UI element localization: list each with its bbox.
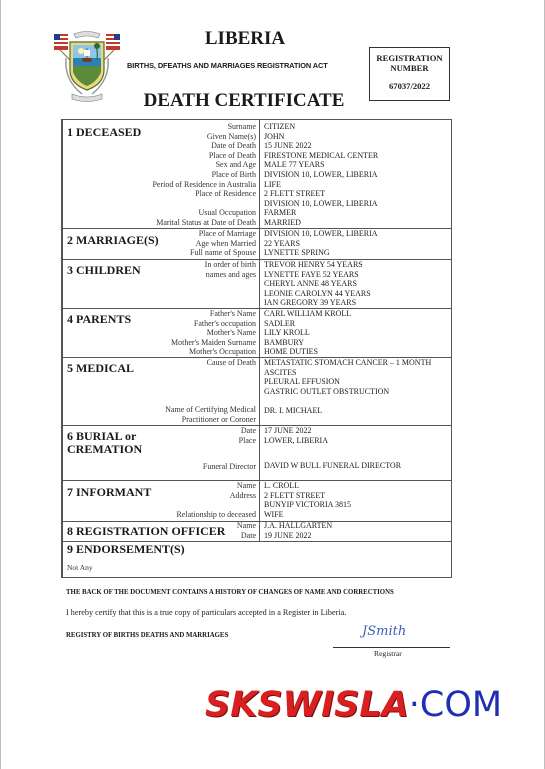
officer-name: J.A. HALLGARTEN — [264, 521, 451, 531]
child-1: TREVOR HENRY 54 YEARS — [264, 260, 451, 270]
number-label: NUMBER — [370, 63, 449, 73]
place-of-birth: DIVISION 10, LOWER, LIBERIA — [264, 170, 451, 180]
section-endorsements: 9 ENDORSEMENT(S) Not Any — [63, 541, 451, 577]
fathers-name: CARL WILLIAM KROLL — [264, 309, 451, 319]
usual-occupation: FARMER — [264, 208, 451, 218]
spouse-name: LYNETTE SPRING — [264, 248, 451, 258]
registrar-signature: JSmith — [362, 624, 406, 639]
certificate-table: 1 DECEASED Surname Given Name(s) Date of… — [61, 119, 452, 578]
certifying-practitioner: DR. I. MICHAEL — [264, 406, 451, 416]
section-title: 7 INFORMANT — [67, 486, 151, 499]
date-of-death: 15 JUNE 2022 — [264, 141, 451, 151]
place-of-residence-2: DIVISION 10, LOWER, LIBERIA — [264, 199, 451, 209]
funeral-director: DAVID W BULL FUNERAL DIRECTOR — [264, 461, 451, 471]
deceased-labels: Surname Given Name(s) Date of Death Plac… — [152, 122, 256, 228]
section-registration-officer: 8 REGISTRATION OFFICER Name Date J.A. HA… — [63, 521, 451, 542]
surname: CITIZEN — [264, 122, 451, 132]
certification-statement: I hereby certify that this is a true cop… — [66, 608, 346, 617]
mothers-name: LILY KROLL — [264, 328, 451, 338]
child-3: CHERYL ANNE 48 YEARS — [264, 279, 451, 289]
section-title: 3 CHILDREN — [67, 264, 141, 277]
back-of-document-notice: THE BACK OF THE DOCUMENT CONTAINS A HIST… — [66, 589, 394, 596]
section-medical: 5 MEDICAL Cause of Death Name of Certify… — [63, 357, 451, 426]
place-of-death: FIRESTONE MEDICAL CENTER — [264, 151, 451, 161]
section-children: 3 CHILDREN In order of birth names and a… — [63, 259, 451, 309]
child-2: LYNETTE FAYE 52 YEARS — [264, 270, 451, 280]
marital-status: MARRIED — [264, 218, 451, 228]
section-title: 9 ENDORSEMENT(S) — [67, 543, 185, 556]
cause-of-death-3: PLEURAL EFFUSION — [264, 377, 451, 387]
section-marriage: 2 MARRIAGE(S) Place of Marriage Age when… — [63, 228, 451, 260]
act-subtitle: BIRTHS, DFEATHS AND MARRIAGES REGISTRATI… — [127, 61, 328, 70]
section-title: 1 DECEASED — [67, 126, 141, 139]
endorsement-text: Not Any — [67, 563, 93, 572]
registration-number-box: REGISTRATION NUMBER 67037/2022 — [369, 47, 450, 101]
section-deceased: 1 DECEASED Surname Given Name(s) Date of… — [63, 120, 451, 229]
child-5: IAN GREGORY 39 YEARS — [264, 298, 451, 308]
cause-of-death-2: ASCITES — [264, 368, 451, 378]
section-parents: 4 PARENTS Father's Name Father's occupat… — [63, 308, 451, 358]
period-of-residence: LIFE — [264, 180, 451, 190]
child-4: LEONIE CAROLYN 44 YEARS — [264, 289, 451, 299]
informant-address-1: 2 FLETT STREET — [264, 491, 451, 501]
section-title: 6 BURIAL or CREMATION — [67, 430, 142, 456]
section-title: 4 PARENTS — [67, 313, 131, 326]
registration-date: 19 JUNE 2022 — [264, 531, 451, 541]
age-when-married: 22 YEARS — [264, 239, 451, 249]
burial-place: LOWER, LIBERIA — [264, 436, 451, 446]
mothers-maiden-surname: BAMBURY — [264, 338, 451, 348]
watermark-brand: SKSWISLA — [205, 685, 409, 725]
registration-number: 67037/2022 — [370, 81, 449, 91]
cause-of-death-1: METASTATIC STOMACH CANCER – 1 MONTH — [264, 358, 451, 368]
burial-date: 17 JUNE 2022 — [264, 426, 451, 436]
informant-name: L. CROLL — [264, 481, 451, 491]
registrar-title: Registrar — [374, 649, 402, 658]
cause-of-death-4: GASTRIC OUTLET OBSTRUCTION — [264, 387, 451, 397]
signature-line — [333, 647, 450, 648]
sex-and-age: MALE 77 YEARS — [264, 160, 451, 170]
section-burial: 6 BURIAL or CREMATION Date Place Funeral… — [63, 425, 451, 481]
place-of-residence-1: 2 FLETT STREET — [264, 189, 451, 199]
section-title: 8 REGISTRATION OFFICER — [67, 525, 225, 538]
informant-relationship: WIFE — [264, 510, 451, 520]
watermark-domain: ·COM — [409, 685, 502, 725]
section-informant: 7 INFORMANT Name Address Relationship to… — [63, 480, 451, 522]
section-title: 5 MEDICAL — [67, 362, 134, 375]
fathers-occupation: SADLER — [264, 319, 451, 329]
watermark: SKSWISLA·COM — [205, 683, 502, 728]
given-names: JOHN — [264, 132, 451, 142]
informant-address-2: BUNYIP VICTORIA 3815 — [264, 500, 451, 510]
deceased-values: CITIZEN JOHN 15 JUNE 2022 FIRESTONE MEDI… — [259, 120, 451, 228]
registry-name: REGISTRY OF BIRTHS DEATHS AND MARRIAGES — [66, 632, 228, 639]
mothers-occupation: HOME DUTIES — [264, 347, 451, 357]
registration-label: REGISTRATION — [370, 53, 449, 63]
place-of-marriage: DIVISION 10, LOWER, LIBERIA — [264, 229, 451, 239]
section-title: 2 MARRIAGE(S) — [67, 234, 159, 247]
